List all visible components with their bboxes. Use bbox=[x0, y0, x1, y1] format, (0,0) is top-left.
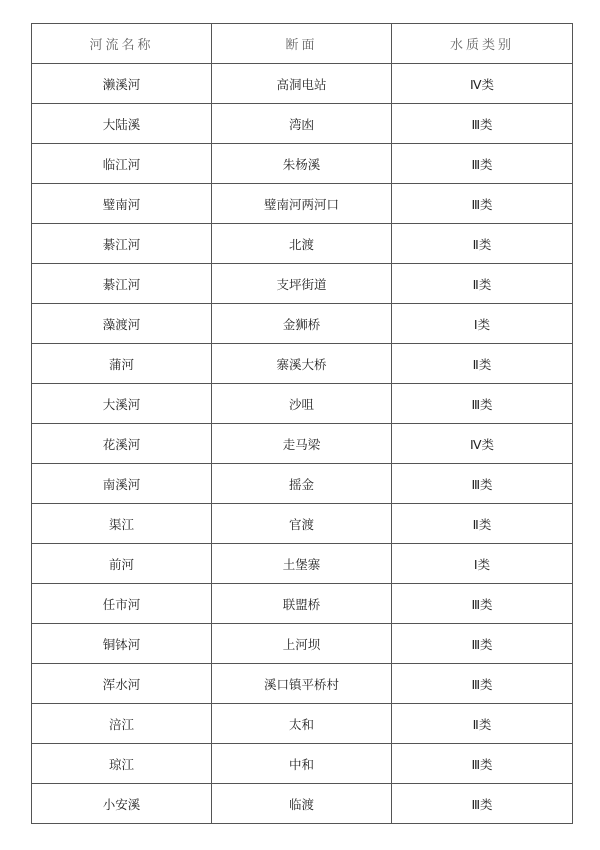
section-cell: 高洞电站 bbox=[212, 64, 392, 104]
quality-class-cell: Ⅰ类 bbox=[392, 544, 573, 584]
table-row: 前河 土堡寨 Ⅰ类 bbox=[32, 544, 573, 584]
river-name-cell: 大陆溪 bbox=[32, 104, 212, 144]
quality-class-cell: Ⅲ类 bbox=[392, 104, 573, 144]
table-row: 临江河 朱杨溪 Ⅲ类 bbox=[32, 144, 573, 184]
water-quality-table: 河流名称 断面 水质类别 濑溪河 高洞电站 Ⅳ类 大陆溪 湾凼 Ⅲ类 临江河 朱… bbox=[31, 23, 573, 824]
section-cell: 北渡 bbox=[212, 224, 392, 264]
table-row: 渠江 官渡 Ⅱ类 bbox=[32, 504, 573, 544]
quality-class-cell: Ⅲ类 bbox=[392, 464, 573, 504]
river-name-cell: 渠江 bbox=[32, 504, 212, 544]
section-cell: 临渡 bbox=[212, 784, 392, 824]
section-cell: 联盟桥 bbox=[212, 584, 392, 624]
section-cell: 土堡寨 bbox=[212, 544, 392, 584]
table-row: 蒲河 寨溪大桥 Ⅱ类 bbox=[32, 344, 573, 384]
river-name-cell: 大溪河 bbox=[32, 384, 212, 424]
quality-class-cell: Ⅱ类 bbox=[392, 344, 573, 384]
quality-class-cell: Ⅱ类 bbox=[392, 224, 573, 264]
table-row: 琼江 中和 Ⅲ类 bbox=[32, 744, 573, 784]
river-name-cell: 濑溪河 bbox=[32, 64, 212, 104]
table-row: 任市河 联盟桥 Ⅲ类 bbox=[32, 584, 573, 624]
river-name-cell: 蒲河 bbox=[32, 344, 212, 384]
quality-class-cell: Ⅳ类 bbox=[392, 64, 573, 104]
river-name-cell: 浑水河 bbox=[32, 664, 212, 704]
table-row: 大溪河 沙咀 Ⅲ类 bbox=[32, 384, 573, 424]
section-cell: 溪口镇平桥村 bbox=[212, 664, 392, 704]
table-row: 南溪河 摇金 Ⅲ类 bbox=[32, 464, 573, 504]
header-river-name: 河流名称 bbox=[32, 24, 212, 64]
river-name-cell: 涪江 bbox=[32, 704, 212, 744]
river-name-cell: 琼江 bbox=[32, 744, 212, 784]
quality-class-cell: Ⅲ类 bbox=[392, 744, 573, 784]
quality-class-cell: Ⅲ类 bbox=[392, 624, 573, 664]
table-row: 藻渡河 金狮桥 Ⅰ类 bbox=[32, 304, 573, 344]
header-section: 断面 bbox=[212, 24, 392, 64]
river-name-cell: 綦江河 bbox=[32, 264, 212, 304]
section-cell: 湾凼 bbox=[212, 104, 392, 144]
header-water-quality-class: 水质类别 bbox=[392, 24, 573, 64]
table-row: 花溪河 走马梁 Ⅳ类 bbox=[32, 424, 573, 464]
river-name-cell: 前河 bbox=[32, 544, 212, 584]
table-row: 濑溪河 高洞电站 Ⅳ类 bbox=[32, 64, 573, 104]
table-row: 綦江河 支坪街道 Ⅱ类 bbox=[32, 264, 573, 304]
quality-class-cell: Ⅲ类 bbox=[392, 144, 573, 184]
section-cell: 支坪街道 bbox=[212, 264, 392, 304]
quality-class-cell: Ⅳ类 bbox=[392, 424, 573, 464]
section-cell: 寨溪大桥 bbox=[212, 344, 392, 384]
quality-class-cell: Ⅲ类 bbox=[392, 584, 573, 624]
quality-class-cell: Ⅱ类 bbox=[392, 264, 573, 304]
river-name-cell: 铜钵河 bbox=[32, 624, 212, 664]
river-name-cell: 綦江河 bbox=[32, 224, 212, 264]
quality-class-cell: Ⅲ类 bbox=[392, 384, 573, 424]
river-name-cell: 花溪河 bbox=[32, 424, 212, 464]
river-name-cell: 南溪河 bbox=[32, 464, 212, 504]
section-cell: 金狮桥 bbox=[212, 304, 392, 344]
river-name-cell: 临江河 bbox=[32, 144, 212, 184]
table-row: 铜钵河 上河坝 Ⅲ类 bbox=[32, 624, 573, 664]
table-row: 璧南河 璧南河两河口 Ⅲ类 bbox=[32, 184, 573, 224]
table-row: 綦江河 北渡 Ⅱ类 bbox=[32, 224, 573, 264]
section-cell: 太和 bbox=[212, 704, 392, 744]
section-cell: 走马梁 bbox=[212, 424, 392, 464]
section-cell: 朱杨溪 bbox=[212, 144, 392, 184]
table-row: 涪江 太和 Ⅱ类 bbox=[32, 704, 573, 744]
river-name-cell: 小安溪 bbox=[32, 784, 212, 824]
river-name-cell: 璧南河 bbox=[32, 184, 212, 224]
section-cell: 中和 bbox=[212, 744, 392, 784]
section-cell: 璧南河两河口 bbox=[212, 184, 392, 224]
quality-class-cell: Ⅲ类 bbox=[392, 784, 573, 824]
quality-class-cell: Ⅲ类 bbox=[392, 184, 573, 224]
section-cell: 官渡 bbox=[212, 504, 392, 544]
river-name-cell: 藻渡河 bbox=[32, 304, 212, 344]
table-row: 大陆溪 湾凼 Ⅲ类 bbox=[32, 104, 573, 144]
table-row: 浑水河 溪口镇平桥村 Ⅲ类 bbox=[32, 664, 573, 704]
quality-class-cell: Ⅱ类 bbox=[392, 704, 573, 744]
river-name-cell: 任市河 bbox=[32, 584, 212, 624]
quality-class-cell: Ⅱ类 bbox=[392, 504, 573, 544]
quality-class-cell: Ⅲ类 bbox=[392, 664, 573, 704]
table-header-row: 河流名称 断面 水质类别 bbox=[32, 24, 573, 64]
section-cell: 摇金 bbox=[212, 464, 392, 504]
section-cell: 上河坝 bbox=[212, 624, 392, 664]
table-row: 小安溪 临渡 Ⅲ类 bbox=[32, 784, 573, 824]
quality-class-cell: Ⅰ类 bbox=[392, 304, 573, 344]
section-cell: 沙咀 bbox=[212, 384, 392, 424]
